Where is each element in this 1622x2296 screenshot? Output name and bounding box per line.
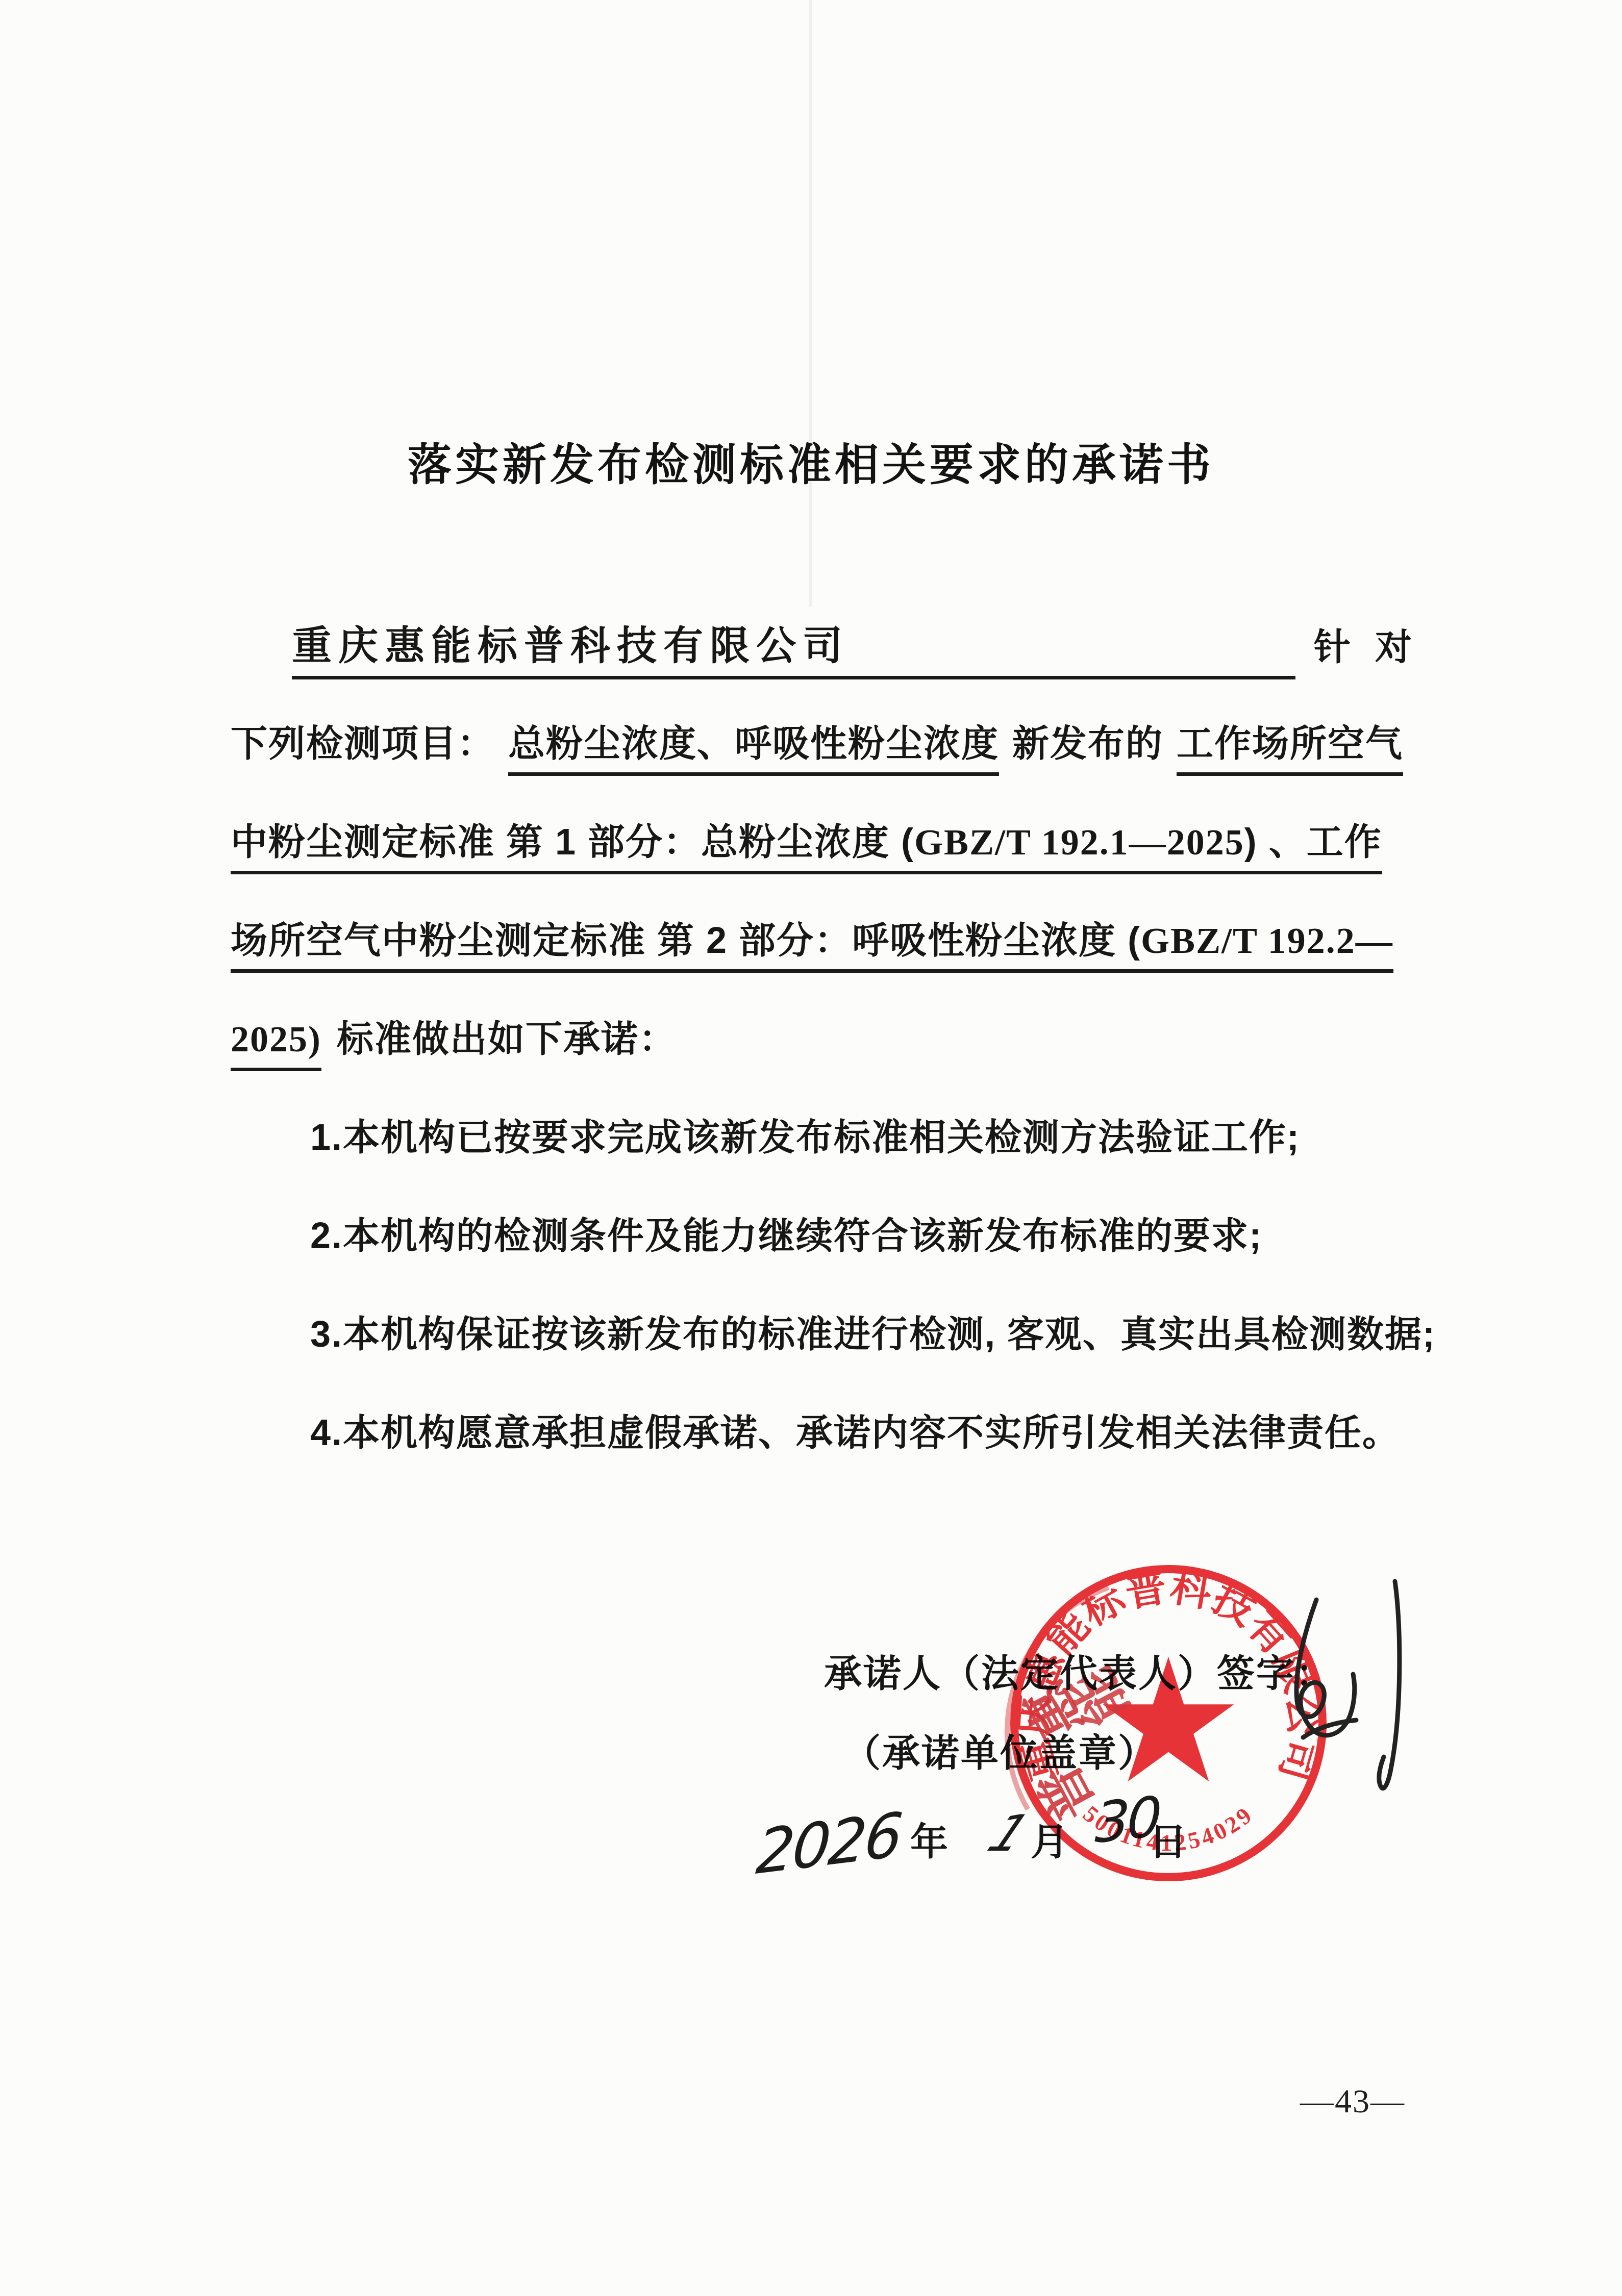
line3-underline: 中粉尘测定标准 第 1 部分：总粉尘浓度 (GBZ/T 192.1—2025) … — [231, 822, 1382, 874]
body-line-3: 中粉尘测定标准 第 1 部分：总粉尘浓度 (GBZ/T 192.1—2025) … — [231, 819, 1382, 867]
commitment-item-3: 3.本机构保证按该新发布的标准进行检测, 客观、真实出具检测数据; — [231, 1311, 1436, 1359]
line5-tail: 标准做出如下承诺： — [337, 1019, 677, 1059]
standard-code-1: GBZ/T 192.1—2025 — [914, 822, 1244, 863]
commitment-item-2: 2.本机构的检测条件及能力继续符合该新发布标准的要求; — [231, 1213, 1262, 1260]
commitment-item-1: 1.本机构已按要求完成该新发布标准相关检测方法验证工作; — [231, 1114, 1300, 1162]
body-line-5: 2025)标准做出如下承诺： — [231, 1016, 677, 1064]
commitment-item-4: 4.本机构愿意承担虚假承诺、承诺内容不实所引发相关法律责任。 — [231, 1409, 1400, 1457]
body-line-4: 场所空气中粉尘测定标准 第 2 部分：呼吸性粉尘浓度 (GBZ/T 192.2— — [231, 917, 1393, 965]
line2-middle: 新发布的 — [1012, 723, 1163, 764]
line4-text: 场所空气中粉尘测定标准 第 2 部分：呼吸性粉尘浓度 ( — [231, 920, 1141, 961]
signature-scribble — [1256, 1569, 1425, 1814]
line3-text-end: ) 、工作 — [1244, 822, 1382, 863]
line1-tail: 针对 — [1314, 627, 1436, 668]
svg-text:5001141254029: 5001141254029 — [1078, 1801, 1259, 1856]
body-line-1: 重庆惠能标普科技有限公司针对 — [231, 620, 1436, 672]
scan-crease-artifact — [809, 0, 812, 607]
standard-code-2: GBZ/T 192.2— — [1141, 920, 1393, 961]
line2-lead: 下列检测项目： — [231, 723, 495, 764]
document-page: 落实新发布检测标准相关要求的承诺书 重庆惠能标普科技有限公司针对 下列检测项目：… — [0, 0, 1622, 2296]
handwritten-year: 2026 — [754, 1799, 904, 1888]
body-line-2: 下列检测项目：总粉尘浓度、呼吸性粉尘浓度新发布的工作场所空气 — [231, 720, 1403, 768]
line5-underlined-year: 2025) — [231, 1019, 321, 1071]
line2-underlined-1: 总粉尘浓度、呼吸性粉尘浓度 — [508, 723, 999, 776]
company-underline: 重庆惠能标普科技有限公司 — [292, 627, 1295, 679]
year-label: 年 — [910, 1812, 948, 1866]
company-name: 重庆惠能标普科技有限公司 — [292, 623, 849, 668]
line3-text: 中粉尘测定标准 第 1 部分：总粉尘浓度 ( — [231, 822, 914, 863]
seal-serial-number: 5001141254029 — [1078, 1801, 1259, 1856]
page-number: —43— — [1300, 2082, 1405, 2121]
document-title: 落实新发布检测标准相关要求的承诺书 — [0, 430, 1622, 493]
line4-underline: 场所空气中粉尘测定标准 第 2 部分：呼吸性粉尘浓度 (GBZ/T 192.2— — [231, 920, 1393, 973]
line2-underlined-2: 工作场所空气 — [1177, 723, 1403, 776]
blank-underline-gap — [849, 655, 1295, 660]
